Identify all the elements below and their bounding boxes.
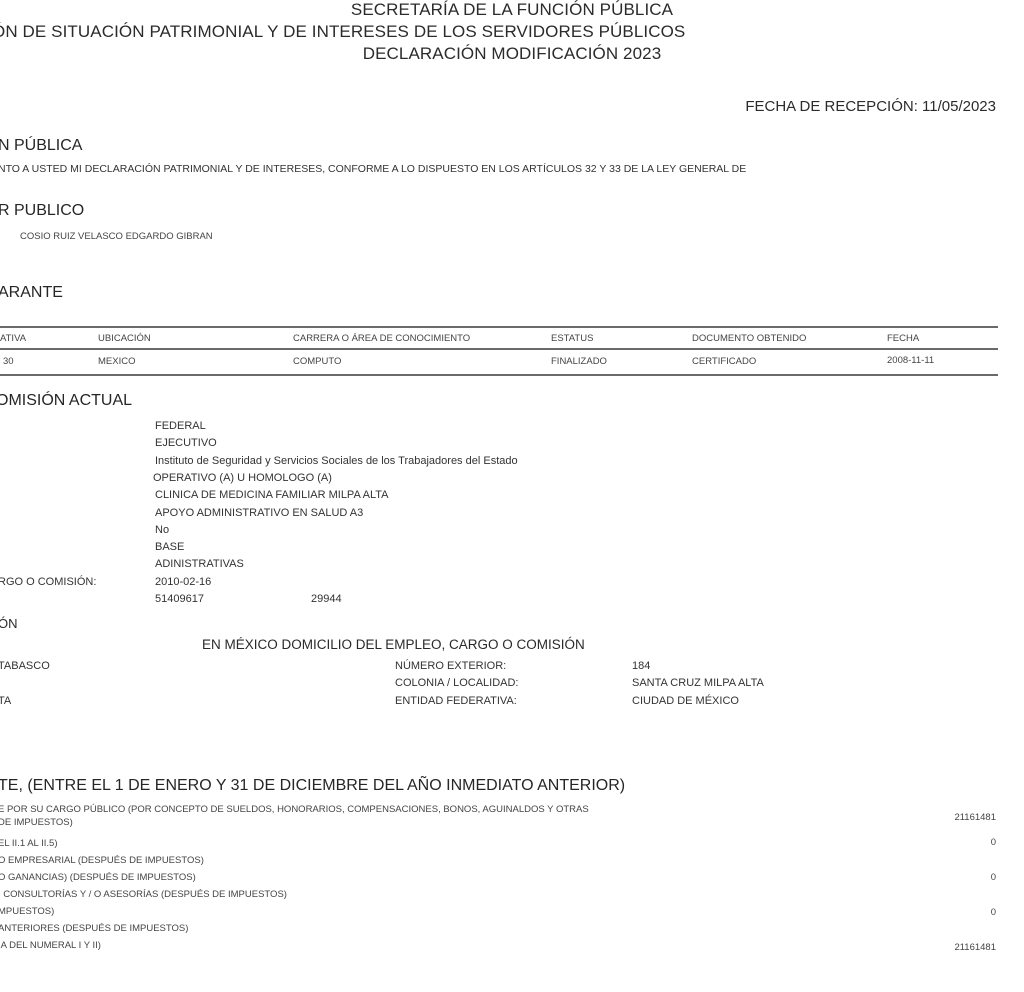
income-amount-other: 0 <box>876 837 996 848</box>
employment-extension: 29944 <box>311 593 342 605</box>
col-header: FECHA <box>887 333 919 344</box>
employment-position: APOYO ADMINISTRATIVO EN SALUD A3 <box>155 507 363 519</box>
income-amount-public-office: 21161481 <box>876 812 996 823</box>
address-field-value: CIUDAD DE MÉXICO <box>632 695 739 707</box>
address-field-label: COLONIA / LOCALIDAD: <box>395 677 518 689</box>
employment-level: OPERATIVO (A) U HOMOLOGO (A) <box>153 472 332 484</box>
address-field-value: SANTA CRUZ MILPA ALTA <box>632 677 764 689</box>
reception-date: FECHA DE RECEPCIÓN: 11/05/2023 <box>745 98 996 115</box>
employment-start-date: 2010-02-16 <box>155 576 211 588</box>
address-street: TABASCO <box>0 660 50 672</box>
income-line: ANTERIORES (DESPUÉS DE IMPUESTOS) <box>0 923 188 934</box>
header-declaration-year: DECLARACIÓN MODIFICACIÓN 2023 <box>0 44 1024 64</box>
header-declaration-type: ÓN DE SITUACIÓN PATRIMONIAL Y DE INTERES… <box>0 22 685 42</box>
servant-heading: R PUBLICO <box>0 202 84 220</box>
employment-contract-type: BASE <box>155 541 184 553</box>
income-line: E POR SU CARGO PÚBLICO (POR CONCEPTO DE … <box>0 804 589 815</box>
employment-phone: 51409617 <box>155 593 204 605</box>
income-line: MPUESTOS) <box>0 906 54 917</box>
income-line: EL II.1 AL II.5) <box>0 838 58 849</box>
income-line: O EMPRESARIAL (DESPUÉS DE IMPUESTOS) <box>0 855 204 866</box>
income-line: IA DEL NUMERAL I Y II) <box>0 940 101 951</box>
employment-functions: ADINISTRATIVAS <box>155 558 244 570</box>
table-bottom-rule <box>0 374 998 376</box>
col-header: CARRERA O ÁREA DE CONOCIMIENTO <box>293 333 470 344</box>
employment-branch: EJECUTIVO <box>155 437 217 449</box>
income-amount-services: 0 <box>876 907 996 918</box>
address-municipality: TA <box>0 695 11 707</box>
intro-text: NTO A USTED MI DECLARACIÓN PATRIMONIAL Y… <box>0 163 746 175</box>
income-line: DE IMPUESTOS) <box>0 817 73 828</box>
employment-heading: OMISIÓN ACTUAL <box>0 392 132 410</box>
col-header: ATIVA <box>0 333 26 344</box>
address-field-label: NÚMERO EXTERIOR: <box>395 660 506 672</box>
table-header-rule <box>0 348 998 350</box>
employment-gov-level: FEDERAL <box>155 420 206 432</box>
table-top-rule <box>0 326 998 328</box>
employment-area: CLINICA DE MEDICINA FAMILIAR MILPA ALTA <box>155 489 389 501</box>
col-header: UBICACIÓN <box>98 333 151 344</box>
education-heading: ARANTE <box>0 284 63 302</box>
income-amount-total: 21161481 <box>876 942 996 953</box>
employment-institution: Instituto de Seguridad y Servicios Socia… <box>155 455 518 467</box>
income-amount-financial: 0 <box>876 872 996 883</box>
intro-heading: N PÚBLICA <box>0 137 82 155</box>
col-header: DOCUMENTO OBTENIDO <box>692 333 806 344</box>
header-secretaria: SECRETARÍA DE LA FUNCIÓN PÚBLICA <box>0 0 1024 20</box>
employment-start-label: RGO O COMISIÓN: <box>0 576 96 588</box>
address-subheading: EN MÉXICO DOMICILIO DEL EMPLEO, CARGO O … <box>202 637 585 652</box>
col-header: ESTATUS <box>551 333 593 344</box>
address-field-value: 184 <box>632 660 650 672</box>
address-field-label: ENTIDAD FEDERATIVA: <box>395 695 517 707</box>
income-line: O GANANCIAS) (DESPUÉS DE IMPUESTOS) <box>0 872 196 883</box>
income-line: , CONSULTORÍAS Y / O ASESORÍAS (DESPUÉS … <box>0 889 287 900</box>
address-heading: ÓN <box>0 616 18 631</box>
servant-name: COSIO RUIZ VELASCO EDGARDO GIBRAN <box>20 231 213 242</box>
income-heading: TE, (ENTRE EL 1 DE ENERO Y 31 DE DICIEMB… <box>0 777 625 795</box>
employment-honorarios: No <box>155 524 169 536</box>
